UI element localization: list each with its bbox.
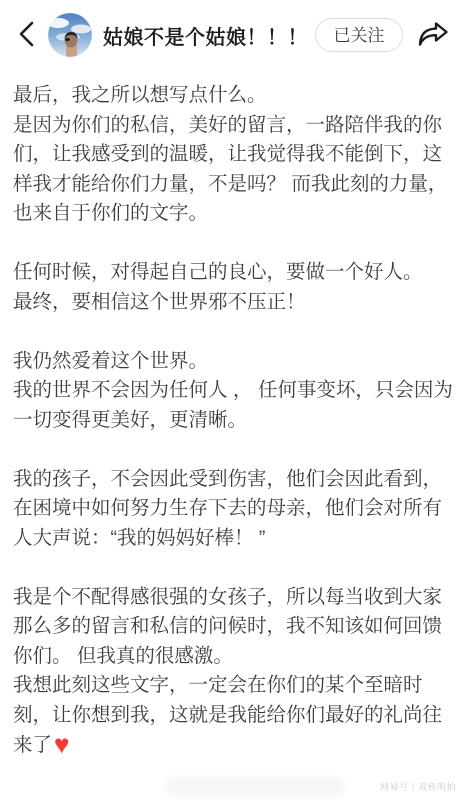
post-body: 最后，我之所以想写点什么。 是因为你们的私信，美好的留言，一路陪伴我的你们，让我… [0, 70, 463, 761]
share-forward-icon [417, 19, 449, 52]
avatar[interactable] [48, 13, 92, 57]
post-text: 最后，我之所以想写点什么。 是因为你们的私信，美好的留言，一路陪伴我的你们，让我… [13, 84, 453, 756]
share-button[interactable] [415, 15, 451, 55]
following-button[interactable]: 已关注 [315, 18, 403, 52]
top-bar: 姑娘不是个姑娘！！！ 已关注 [0, 0, 463, 70]
faded-watermark-smudge [165, 778, 345, 796]
back-chevron-icon [16, 19, 38, 52]
back-button[interactable] [10, 15, 44, 55]
red-heart-emoji: ♥ [54, 729, 69, 759]
username[interactable]: 姑娘不是个姑娘！！！ [103, 21, 315, 50]
avatar-photo [48, 13, 92, 57]
netease-watermark: 网易号丨双鱼明拍 [380, 780, 456, 793]
